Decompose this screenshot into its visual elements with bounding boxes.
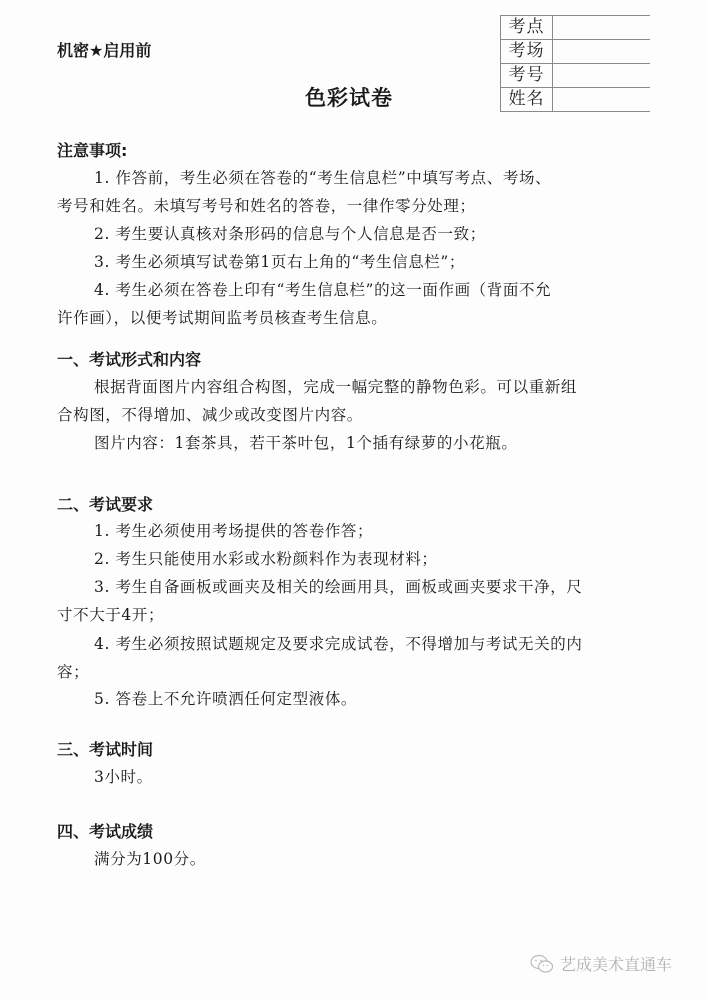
section-line: 5. 答卷上不允许喷洒任何定型液体。 — [94, 687, 357, 709]
section-line: 4. 考生必须按照试题规定及要求完成试卷，不得增加与考试无关的内 — [94, 632, 582, 654]
section-line: 满分为100分。 — [94, 847, 206, 869]
notice-line: 许作画），以便考试期间监考员核查考生信息。 — [57, 306, 387, 328]
candidate-info-table: 考点 考场 考号 姓名 — [500, 15, 650, 112]
section-heading-time: 三、考试时间 — [57, 737, 153, 760]
section-line: 合构图，不得增加、减少或改变图片内容。 — [57, 403, 363, 425]
info-value-field — [553, 16, 651, 40]
notice-line: 3. 考生必须填写试卷第1页右上角的“考生信息栏”； — [94, 250, 465, 272]
section-line: 容； — [57, 660, 89, 682]
page-title: 色彩试卷 — [305, 82, 393, 112]
info-label: 姓名 — [501, 88, 553, 112]
section-line: 图片内容：1套茶具，若干茶叶包，1个插有绿萝的小花瓶。 — [94, 431, 517, 453]
notice-line: 4. 考生必须在答卷上印有“考生信息栏”的这一面作画（背面不允 — [94, 278, 551, 300]
info-row-exam-number: 考号 — [501, 64, 651, 88]
notice-line: 1. 作答前，考生必须在答卷的“考生信息栏”中填写考点、考场、 — [94, 166, 551, 188]
confidential-label: 机密★启用前 — [57, 38, 151, 61]
info-row-exam-room: 考场 — [501, 40, 651, 64]
section-line: 3. 考生自备画板或画夹及相关的绘画用具，画板或画夹要求干净，尺 — [94, 575, 582, 597]
section-line: 根据背面图片内容组合构图，完成一幅完整的静物色彩。可以重新组 — [94, 375, 577, 397]
info-row-name: 姓名 — [501, 88, 651, 112]
notice-heading: 注意事项: — [57, 138, 127, 161]
info-row-exam-site: 考点 — [501, 16, 651, 40]
watermark: 艺成美术直通车 — [530, 952, 672, 975]
section-line: 3小时。 — [94, 765, 153, 787]
info-value-field — [553, 88, 651, 112]
notice-line: 考号和姓名。未填写考号和姓名的答卷，一律作零分处理； — [57, 194, 476, 216]
info-value-field — [553, 40, 651, 64]
info-value-field — [553, 64, 651, 88]
info-label: 考点 — [501, 16, 553, 40]
section-heading-score: 四、考试成绩 — [57, 819, 153, 842]
section-heading-format: 一、考试形式和内容 — [57, 347, 201, 370]
info-label: 考号 — [501, 64, 553, 88]
section-heading-requirements: 二、考试要求 — [57, 492, 153, 515]
section-line: 2. 考生只能使用水彩或水粉颜料作为表现材料； — [94, 547, 438, 569]
info-label: 考场 — [501, 40, 553, 64]
watermark-text: 艺成美术直通车 — [560, 952, 672, 975]
wechat-icon — [530, 954, 554, 974]
notice-line: 2. 考生要认真核对条形码的信息与个人信息是否一致； — [94, 222, 486, 244]
section-line: 1. 考生必须使用考场提供的答卷作答； — [94, 519, 373, 541]
section-line: 寸不大于4开； — [57, 603, 164, 625]
